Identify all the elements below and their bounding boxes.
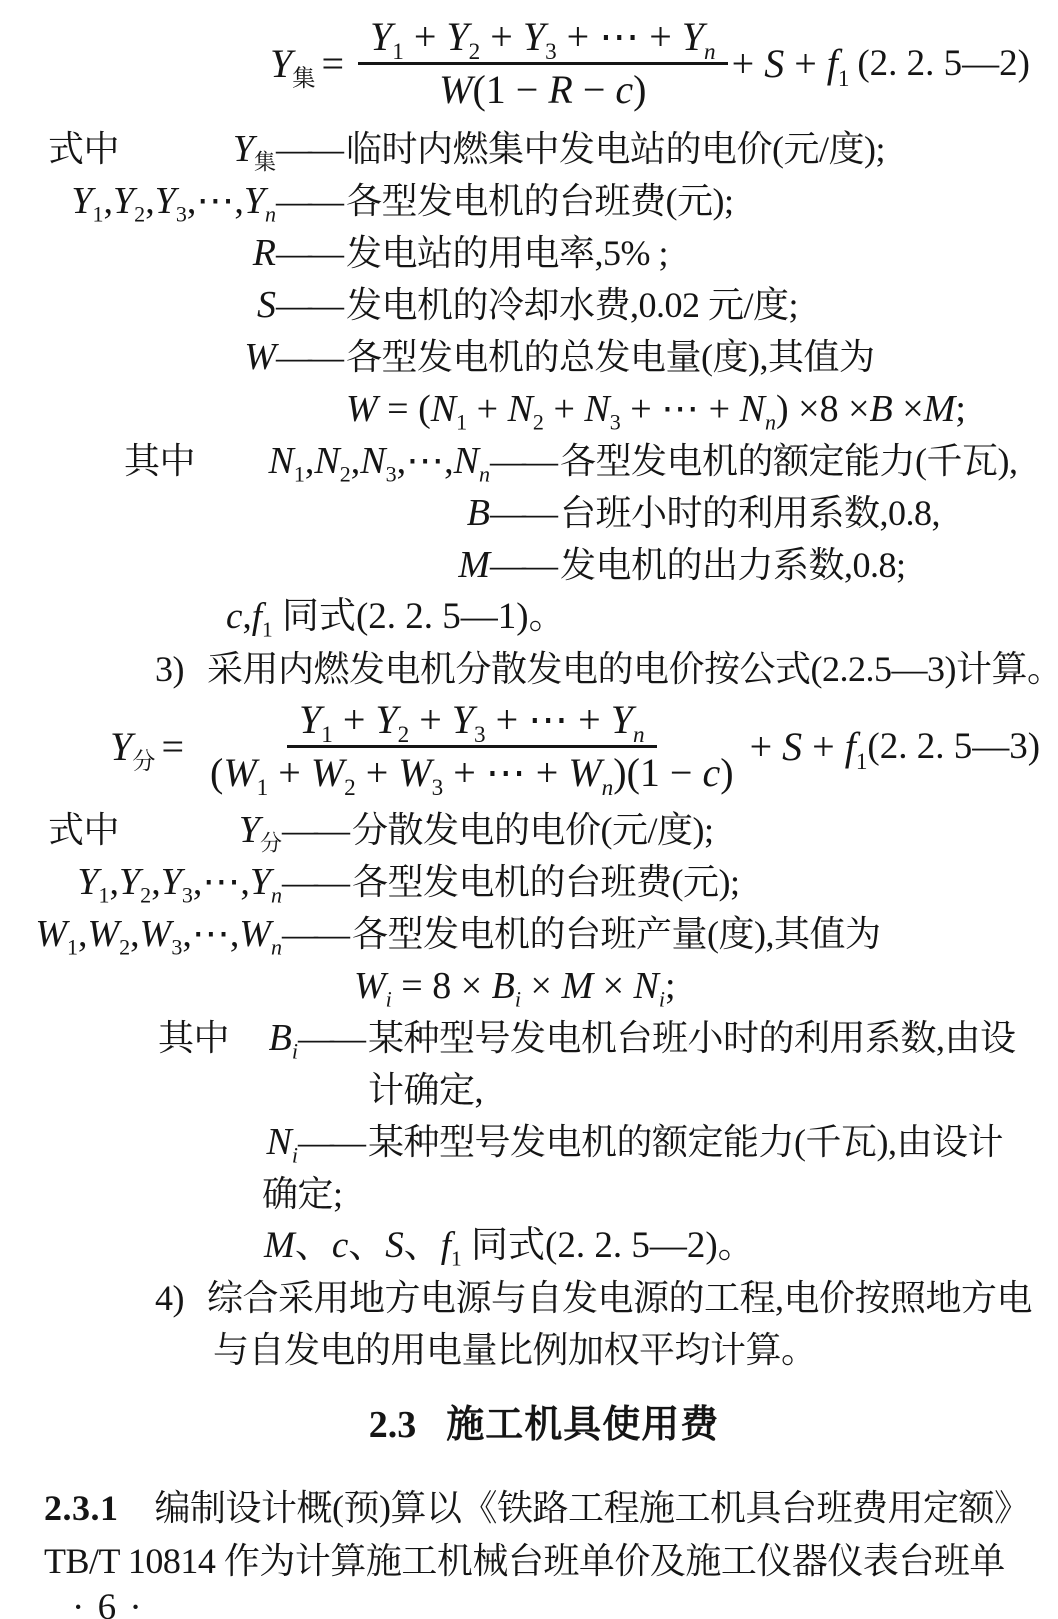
definition-row: S —— 发电机的冷却水费,0.02 元/度; (0, 279, 1058, 331)
section-title: 施工机具使用费 (446, 1404, 719, 1446)
formula-2-2-5-3: Y分 = Y1 + Y2 + Y3 + ⋯ + Yn (W1 + W2 + W3… (110, 697, 1018, 796)
equals-sign: = (161, 723, 184, 770)
definition-row: Y1,Y2,Y3,⋯,Yn —— 各型发电机的台班费(元); (0, 175, 1058, 227)
definition-row: W1,W2,W3,⋯,Wn —— 各型发电机的台班产量(度),其值为 (0, 908, 1058, 960)
def-label-shizhong: 式中 (48, 804, 119, 856)
def-text: 各型发电机的总发电量(度),其值为 (346, 331, 874, 383)
def-variable: Y集 (0, 123, 276, 175)
def-label-shizhong: 式中 (48, 123, 119, 175)
def-label-qizhong: 其中 (158, 1012, 229, 1064)
def-text-continuation: 计确定, (368, 1064, 1058, 1116)
formula-2-2-5-2: Y集 = Y1 + Y2 + Y3 + ⋯ + Yn W(1 − R − c) … (270, 14, 1030, 113)
clause-number: 2.3.1 (44, 1482, 119, 1535)
def-label-qizhong: 其中 (124, 435, 195, 487)
def-text: 各型发电机的台班费(元); (352, 856, 739, 908)
list-item-number: 4) (155, 1272, 207, 1324)
def-dash: —— (276, 175, 340, 227)
definition-row: Y1,Y2,Y3,⋯,Yn —— 各型发电机的台班费(元); (0, 856, 1058, 908)
fraction-denominator: W(1 − R − c) (427, 65, 658, 113)
fraction-numerator: Y1 + Y2 + Y3 + ⋯ + Yn (287, 697, 657, 748)
formula-suffix: + S + f1 (750, 723, 868, 770)
def-text: 发电机的出力系数,0.8; (560, 539, 906, 591)
def-text: 发电机的冷却水费,0.02 元/度; (346, 279, 798, 331)
def-variable: Bi (0, 1012, 298, 1064)
def-dash: —— (490, 435, 554, 487)
def-dash: —— (276, 331, 340, 383)
definition-row: B —— 台班小时的利用系数,0.8, (0, 487, 1058, 539)
list-item-continuation: 与自发电的用电量比例加权平均计算。 (213, 1324, 1058, 1376)
def-variable: S (0, 279, 276, 331)
def-text: 各型发电机的台班费(元); (346, 175, 733, 227)
fraction-numerator: Y1 + Y2 + Y3 + ⋯ + Yn (358, 14, 728, 65)
list-item-number: 3) (155, 643, 207, 695)
paragraph-2-3-1: 2.3.1 编制设计概(预)算以《铁路工程施工机具台班费用定额》 TB/T 10… (0, 1482, 1058, 1588)
definition-row: R —— 发电站的用电率,5% ; (0, 227, 1058, 279)
page-number: · 6 · (0, 1590, 1058, 1619)
def-variable: M (0, 539, 490, 591)
def-text: 分散发电的电价(元/度); (352, 804, 713, 856)
note-same-as-2-2-5-1: c,f1 同式(2. 2. 5—1)。 (226, 591, 1058, 643)
definition-row: W —— 各型发电机的总发电量(度),其值为 (0, 331, 1058, 383)
def-text: 临时内燃集中发电站的电价(元/度); (346, 123, 885, 175)
section-heading: 2.3施工机具使用费 (0, 1402, 1058, 1448)
definition-list-2: 式中 Y分 —— 分散发电的电价(元/度); Y1,Y2,Y3,⋯,Yn —— … (0, 804, 1058, 1376)
list-item-3: 3) 采用内燃发电机分散发电的电价按公式(2.2.5—3)计算。 (0, 643, 1058, 695)
def-variable: Ni (0, 1116, 298, 1168)
paragraph-text: 编制设计概(预)算以《铁路工程施工机具台班费用定额》 (155, 1482, 1030, 1535)
definition-row: 式中 Y分 —— 分散发电的电价(元/度); (0, 804, 1058, 856)
formula-number: (2. 2. 5—2) (857, 42, 1030, 85)
def-variable: W1,W2,W3,⋯,Wn (0, 908, 282, 960)
def-variable: N1,N2,N3,⋯,Nn (0, 435, 490, 487)
def-variable: W (0, 331, 276, 383)
definition-list-1: 式中 Y集 —— 临时内燃集中发电站的电价(元/度); Y1,Y2,Y3,⋯,Y… (0, 123, 1058, 695)
def-text: 各型发电机的额定能力(千瓦), (560, 435, 1017, 487)
def-variable: B (0, 487, 490, 539)
formula-w-total: W = (N1 + N2 + N3 + ⋯ + Nn) ×8 ×B ×M; (346, 383, 1058, 435)
list-item-4: 4) 综合采用地方电源与自发电源的工程,电价按照地方电 (0, 1272, 1058, 1324)
def-text: 发电站的用电率,5% ; (346, 227, 668, 279)
list-item-text: 综合采用地方电源与自发电源的工程,电价按照地方电 (207, 1272, 1032, 1324)
section-number: 2.3 (369, 1404, 417, 1446)
def-text: 各型发电机的台班产量(度),其值为 (352, 908, 880, 960)
paragraph-text: TB/T 10814 作为计算施工机械台班单价及施工仪器仪表台班单 (44, 1535, 1014, 1588)
formula-wi: Wi = 8 × Bi × M × Ni; (354, 960, 1058, 1012)
def-variable: R (0, 227, 276, 279)
def-dash: —— (298, 1116, 362, 1168)
definition-row: 其中 N1,N2,N3,⋯,Nn —— 各型发电机的额定能力(千瓦), (0, 435, 1058, 487)
def-dash: —— (276, 279, 340, 331)
def-variable: Y1,Y2,Y3,⋯,Yn (0, 175, 276, 227)
fraction: Y1 + Y2 + Y3 + ⋯ + Yn W(1 − R − c) (358, 14, 728, 113)
definition-row: Ni —— 某种型号发电机的额定能力(千瓦),由设计 (0, 1116, 1058, 1168)
note-same-as-2-2-5-2: M、c、S、f1 同式(2. 2. 5—2)。 (264, 1220, 1058, 1272)
def-dash: —— (282, 804, 346, 856)
def-dash: —— (298, 1012, 362, 1064)
def-dash: —— (490, 539, 554, 591)
def-text: 某种型号发电机台班小时的利用系数,由设 (368, 1012, 1016, 1064)
formula-lhs: Y分 (110, 723, 155, 770)
fraction: Y1 + Y2 + Y3 + ⋯ + Yn (W1 + W2 + W3 + ⋯ … (198, 697, 746, 796)
paragraph-line: 2.3.1 编制设计概(预)算以《铁路工程施工机具台班费用定额》 (44, 1482, 1014, 1535)
list-item-text: 采用内燃发电机分散发电的电价按公式(2.2.5—3)计算。 (207, 643, 1058, 695)
formula-lhs: Y集 (270, 40, 315, 87)
fraction-denominator: (W1 + W2 + W3 + ⋯ + Wn)(1 − c) (198, 748, 746, 796)
def-variable: Y1,Y2,Y3,⋯,Yn (0, 856, 282, 908)
def-text-continuation: 确定; (262, 1168, 1058, 1220)
def-dash: —— (276, 227, 340, 279)
def-variable: Y分 (0, 804, 282, 856)
def-dash: —— (276, 123, 340, 175)
def-text: 某种型号发电机的额定能力(千瓦),由设计 (368, 1116, 1003, 1168)
definition-row: 其中 Bi —— 某种型号发电机台班小时的利用系数,由设 (0, 1012, 1058, 1064)
formula-number: (2. 2. 5—3) (867, 725, 1040, 768)
def-dash: —— (282, 908, 346, 960)
definition-row: 式中 Y集 —— 临时内燃集中发电站的电价(元/度); (0, 123, 1058, 175)
def-dash: —— (490, 487, 554, 539)
equals-sign: = (321, 40, 344, 87)
document-page: Y集 = Y1 + Y2 + Y3 + ⋯ + Yn W(1 − R − c) … (0, 0, 1058, 1619)
def-dash: —— (282, 856, 346, 908)
def-text: 台班小时的利用系数,0.8, (560, 487, 940, 539)
formula-suffix: + S + f1 (732, 40, 850, 87)
definition-row: M —— 发电机的出力系数,0.8; (0, 539, 1058, 591)
